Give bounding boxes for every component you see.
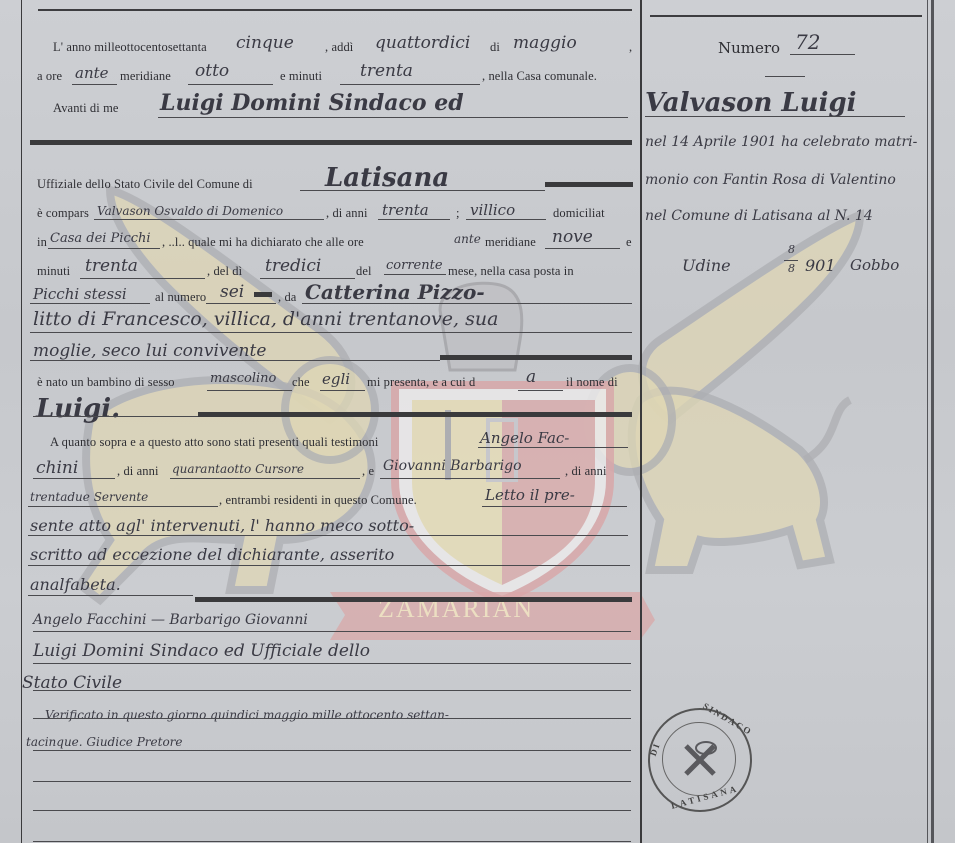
margin-name: Valvason Luigi [645, 88, 857, 118]
record-number: 72 [795, 30, 820, 54]
column-divider [640, 0, 642, 843]
official-seal: SINDACO DI LATISANA [648, 708, 752, 812]
section-rule-1 [30, 140, 632, 145]
left-border [21, 0, 22, 843]
top-rule-left [38, 9, 632, 11]
top-rule-right [650, 15, 922, 17]
document-page: ZAMARIAN L' anno milleottocentosettanta … [0, 0, 955, 843]
right-border [931, 0, 934, 843]
seal-cross-icon [678, 738, 722, 782]
right-border-inner [927, 0, 928, 843]
